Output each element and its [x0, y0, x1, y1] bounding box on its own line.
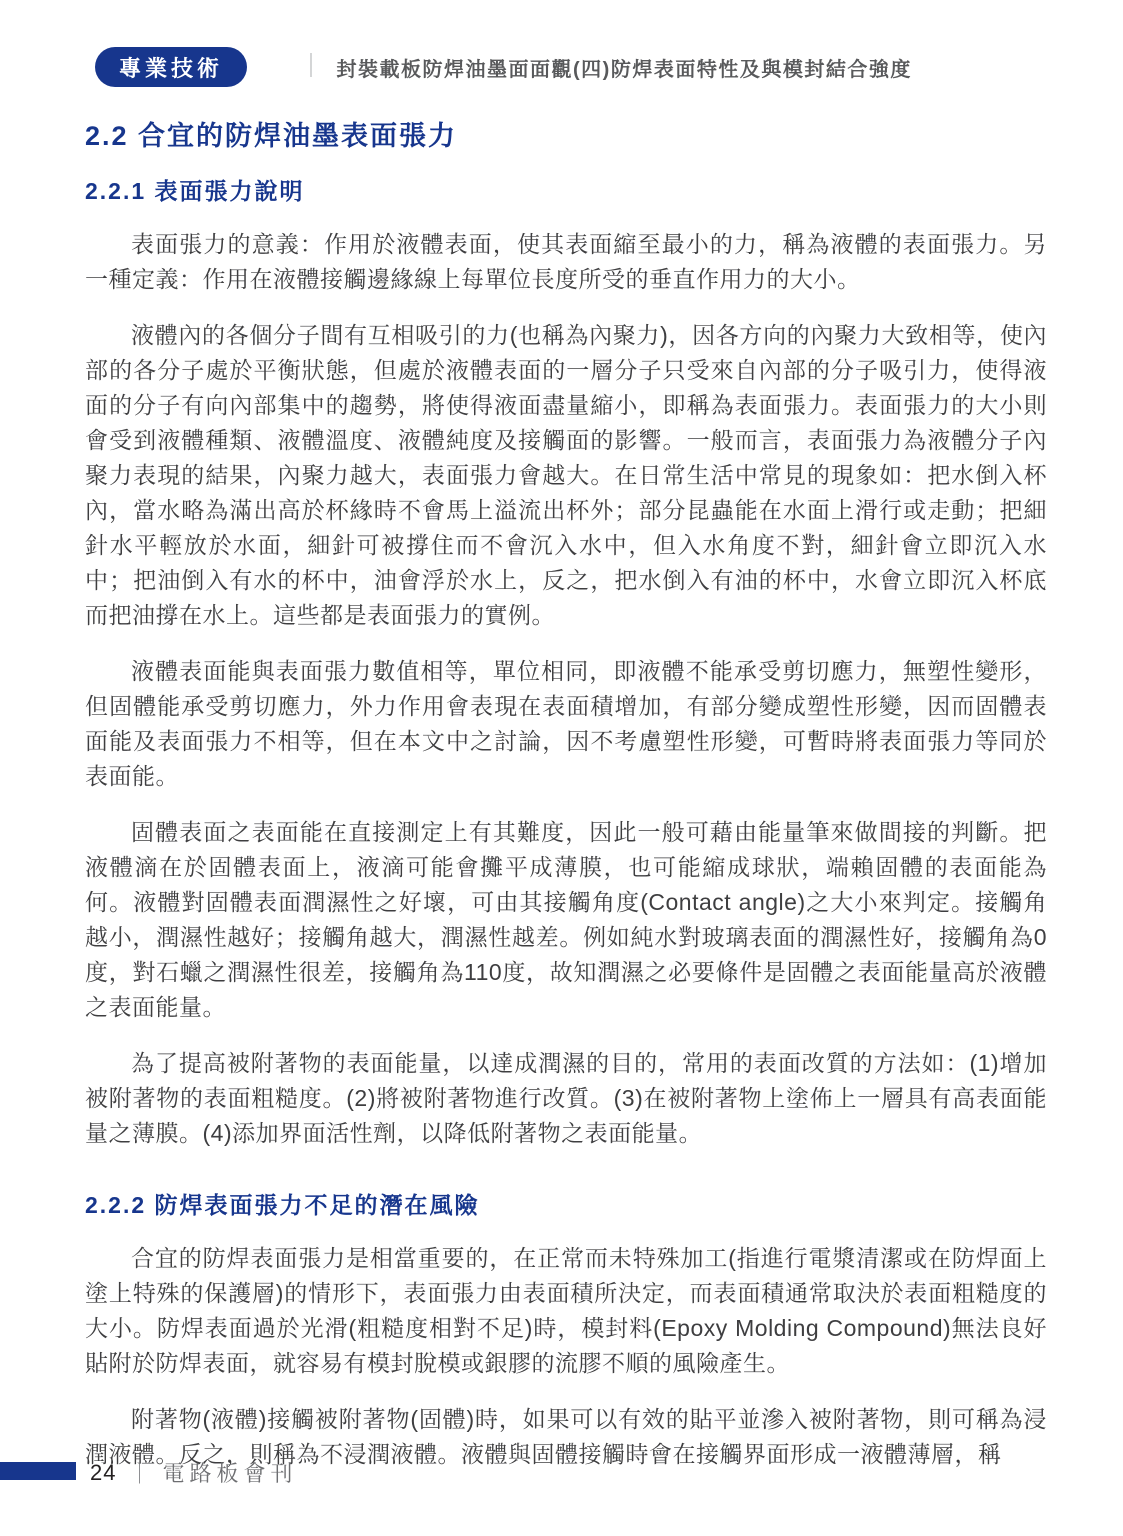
paragraph-surface-modification-methods: 為了提高被附著物的表面能量，以達成潤濕的目的，常用的表面改質的方法如：(1)增加…	[85, 1046, 1047, 1151]
page-number: 24	[90, 1460, 116, 1486]
footer-accent-bar	[0, 1462, 76, 1480]
header-separator: ｜	[299, 55, 325, 79]
page-header: 專業技術 ｜ 封裝載板防焊油墨面面觀(四)防焊表面特性及與模封結合強度	[85, 46, 1047, 88]
paragraph-contact-angle: 固體表面之表面能在直接測定上有其難度，因此一般可藉由能量筆來做間接的判斷。把液體…	[85, 815, 1047, 1025]
paragraph-cohesion-examples: 液體內的各個分子間有互相吸引的力(也稱為內聚力)，因各方向的內聚力大致相等，使內…	[85, 318, 1047, 633]
page-content: 專業技術 ｜ 封裝載板防焊油墨面面觀(四)防焊表面特性及與模封結合強度 2.2 …	[85, 46, 1047, 1472]
paragraph-surface-energy-equivalence: 液體表面能與表面張力數值相等，單位相同，即液體不能承受剪切應力，無塑性變形，但固…	[85, 654, 1047, 794]
paragraph-surface-tension-definition: 表面張力的意義：作用於液體表面，使其表面縮至最小的力，稱為液體的表面張力。另一種…	[85, 227, 1047, 297]
section-heading-2-2-2: 2.2.2 防焊表面張力不足的潛在風險	[85, 1187, 1047, 1220]
section-heading-2-2: 2.2 合宜的防焊油墨表面張力	[85, 114, 1047, 153]
category-badge: 專業技術	[95, 47, 247, 87]
footer-separator: ｜	[128, 1457, 150, 1488]
magazine-page: 專業技術 ｜ 封裝載板防焊油墨面面觀(四)防焊表面特性及與模封結合強度 2.2 …	[0, 0, 1123, 1536]
category-badge-label: 專業技術	[119, 52, 223, 83]
page-footer: 24 ｜ 電路板會刊	[90, 1457, 298, 1488]
paragraph-risk-of-insufficient-tension: 合宜的防焊表面張力是相當重要的，在正常而未特殊加工(指進行電漿清潔或在防焊面上塗…	[85, 1241, 1047, 1381]
journal-name: 電路板會刊	[163, 1457, 298, 1488]
article-header-title: ｜ 封裝載板防焊油墨面面觀(四)防焊表面特性及與模封結合強度	[299, 53, 912, 82]
article-title-text: 封裝載板防焊油墨面面觀(四)防焊表面特性及與模封結合強度	[337, 53, 912, 82]
section-heading-2-2-1: 2.2.1 表面張力說明	[85, 173, 1047, 206]
